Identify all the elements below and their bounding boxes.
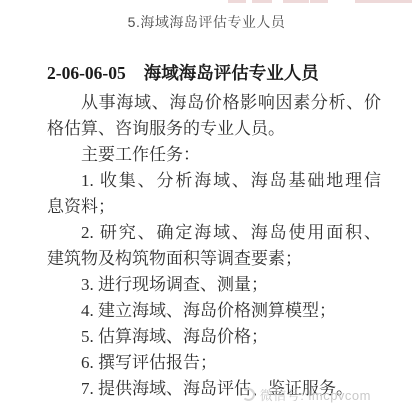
section-code: 2-06-06-05 xyxy=(47,63,126,83)
section-title: 海域海岛评估专业人员 xyxy=(144,63,319,83)
watermark: 微信号: lmcpvcom xyxy=(242,385,371,404)
body-line: 2. 研究、确定海域、海岛使用面积、 xyxy=(47,220,381,246)
cropped-red-text-mark xyxy=(252,0,272,3)
body-line: 格估算、咨询服务的专业人员。 xyxy=(47,116,381,142)
section-body: 从事海域、海岛价格影响因素分析、价 格估算、咨询服务的专业人员。 主要工作任务：… xyxy=(47,90,381,402)
body-line: 4. 建立海域、海岛价格测算模型； xyxy=(47,298,381,324)
page-heading: 5.海域海岛评估专业人员 xyxy=(0,12,413,32)
body-line: 息资料； xyxy=(47,194,381,220)
cropped-red-text-mark xyxy=(283,0,309,3)
body-line: 1. 收集、分析海域、海岛基础地理信 xyxy=(47,168,381,194)
body-line: 从事海域、海岛价格影响因素分析、价 xyxy=(47,90,381,116)
cropped-red-text-mark xyxy=(355,0,412,3)
body-line: 3. 进行现场调查、测量； xyxy=(47,272,381,298)
body-line: 主要工作任务： xyxy=(47,142,381,168)
cropped-red-text-mark xyxy=(228,0,246,3)
body-line: 5. 估算海域、海岛价格； xyxy=(47,324,381,350)
wechat-logo-icon xyxy=(242,388,255,401)
body-line: 建筑物及构筑物面积等调查要素； xyxy=(47,246,381,272)
document-page: 5.海域海岛评估专业人员 2-06-06-05海域海岛评估专业人员 从事海域、海… xyxy=(0,0,413,413)
watermark-label: 微信号: lmcpvcom xyxy=(260,385,371,404)
body-line: 6. 撰写评估报告； xyxy=(47,350,381,376)
section-heading: 2-06-06-05海域海岛评估专业人员 xyxy=(47,62,413,84)
cropped-red-text-mark xyxy=(310,0,328,3)
